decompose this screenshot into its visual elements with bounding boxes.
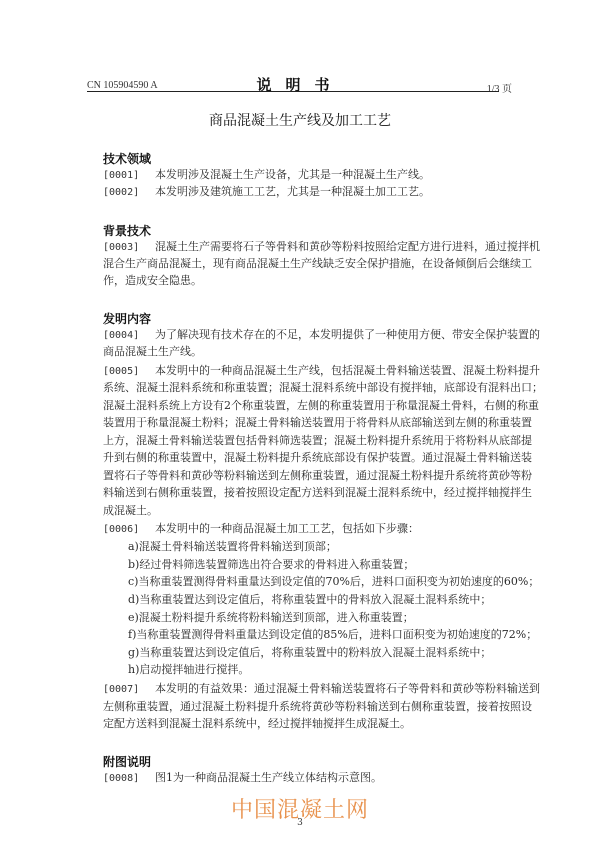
step-item: d)当称重装置达到设定值后，将称重装置中的骨料放入混凝土混料系统中； bbox=[128, 593, 491, 607]
page-indicator: 1/3 页 bbox=[487, 80, 512, 95]
step-item: a)混凝土骨料输送装置将骨料输送到顶部； bbox=[128, 540, 337, 554]
paragraph-line: 混凝土混料系统上方设有2个称重装置，左侧的称重装置用于称量混凝土骨料，右侧的称重 bbox=[103, 399, 539, 413]
step-item: g)当称重装置达到设定值后，将称重装置中的粉料放入混凝土混料系统中； bbox=[128, 646, 491, 660]
step-item: b)经过骨料筛选装置筛选出符合要求的骨料进入称重装置； bbox=[128, 558, 414, 572]
paragraph-tag: [0008] bbox=[103, 772, 149, 786]
step-item: e)混凝土粉料提升系统将粉料输送到顶部，进入称重装置； bbox=[128, 611, 414, 625]
paragraph-line: [0007]本发明的有益效果：通过混凝土骨料输送装置将石子等骨料和黄砂等粉料输送… bbox=[103, 682, 540, 697]
paragraph-line: 混合生产商品混凝土，现有商品混凝土生产线缺乏安全保护措施，在设备倾倒后会继续工 bbox=[103, 257, 532, 271]
paragraph-line: 升到右侧的称重装置中，混凝土粉料提升系统底部设有保护装置。通过混凝土骨料输送装 bbox=[103, 451, 532, 465]
section-heading-summary: 发明内容 bbox=[103, 310, 151, 327]
paragraph-line: 系统、混凝土混料系统和称重装置；混凝土混料系统中部设有搅拌轴，底部设有混料出口； bbox=[103, 381, 543, 395]
paragraph-tag: [0007] bbox=[103, 683, 149, 697]
paragraph-tag: [0005] bbox=[103, 365, 149, 379]
paragraph-line: 装置用于称量混凝土粉料；混凝土骨料输送装置用于将骨料从底部输送到左侧的称重装置 bbox=[103, 416, 532, 430]
paragraph-tag: [0004] bbox=[103, 329, 149, 343]
page-number: 3 bbox=[0, 818, 600, 828]
paragraph-line: [0004]为了解决现有技术存在的不足，本发明提供了一种使用方便、带安全保护装置… bbox=[103, 328, 540, 343]
paragraph-line: 料输送到右侧称重装置，接着按照设定配方送料到混凝土混料系统中，经过搅拌轴搅拌生 bbox=[103, 486, 532, 500]
paragraph-tag: [0006] bbox=[103, 523, 149, 537]
paragraph-line: [0006]本发明中的一种商品混凝土加工工艺，包括如下步骤： bbox=[103, 522, 419, 537]
paragraph-line: 左侧称重装置，通过混凝土粉料提升系统将黄砂等粉料输送到右侧称重装置，接着按照设 bbox=[103, 700, 532, 714]
paragraph-line: 商品混凝土生产线。 bbox=[103, 345, 202, 359]
section-heading-background: 背景技术 bbox=[103, 222, 151, 239]
paragraph-tag: [0003] bbox=[103, 241, 149, 255]
paragraph-line: [0008]图1为一种商品混凝土生产线立体结构示意图。 bbox=[103, 771, 382, 786]
paragraph-line: [0002]本发明涉及建筑施工工艺，尤其是一种混凝土加工工艺。 bbox=[103, 185, 430, 200]
paragraph-line: 上方，混凝土骨料输送装置包括骨料筛选装置；混凝土粉料提升系统用于将粉料从底部提 bbox=[103, 434, 532, 448]
paragraph-line: 作，造成安全隐患。 bbox=[103, 274, 202, 288]
section-heading-technical-field: 技术领域 bbox=[103, 150, 151, 167]
step-item: f)当称重装置测得骨料重量达到设定值的85%后，进料口面积变为初始速度的72%； bbox=[128, 628, 537, 642]
document-title: 商品混凝土生产线及加工工艺 bbox=[0, 110, 600, 130]
paragraph-line: [0003]混凝土生产需要将石子等骨料和黄砂等粉料按照给定配方进行进料，通过搅拌… bbox=[103, 240, 540, 255]
paragraph-tag: [0001] bbox=[103, 169, 149, 183]
paragraph-tag: [0002] bbox=[103, 186, 149, 200]
paragraph-line: 成混凝土。 bbox=[103, 504, 158, 518]
paragraph-line: [0005]本发明中的一种商品混凝土生产线，包括混凝土骨料输送装置、混凝土粉料提… bbox=[103, 364, 540, 379]
paragraph-line: 置将石子等骨料和黄砂等粉料输送到左侧称重装置，通过混凝土粉料提升系统将黄砂等粉 bbox=[103, 469, 532, 483]
paragraph-line: [0001]本发明涉及混凝土生产设备，尤其是一种混凝土生产线。 bbox=[103, 168, 430, 183]
step-item: c)当称重装置测得骨料重量达到设定值的70%后，进料口面积变为初始速度的60%； bbox=[128, 575, 539, 589]
step-item: h)启动搅拌轴进行搅拌。 bbox=[128, 663, 249, 677]
paragraph-line: 定配方送料到混凝土混料系统中，经过搅拌轴搅拌生成混凝土。 bbox=[103, 717, 411, 731]
header-divider bbox=[87, 91, 499, 92]
section-heading-drawings: 附图说明 bbox=[103, 753, 151, 770]
